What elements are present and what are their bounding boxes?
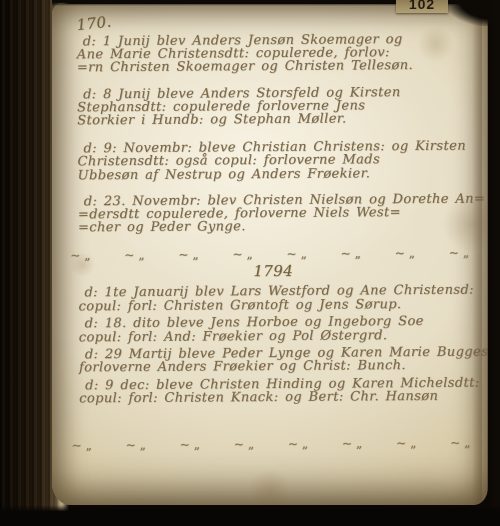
register-entry: d: 9: Novembr: bleve Christian Christens… [67,140,477,182]
photo-border-right [487,0,500,526]
register-line: =rn Christen Skoemager og Christen Telle… [77,59,477,75]
folio-number: 170. [76,12,113,34]
register-line: copul: forl: And: Frøekier og Pol Østerg… [79,328,479,344]
register-entry: d: 23. Novembr: blev Christen Nielsøn og… [68,192,478,234]
register-entry: d: 1te Januarij blev Lars Westford og An… [68,284,478,314]
register-line: copul: forl: Christen Knack: og Bert: Ch… [79,390,479,406]
scanned-photo: 170. d: 1 Junij blev Anders Jensøn Skoem… [0,0,500,526]
register-entry: d: 18. dito bleve Jens Horboe og Ingebor… [69,315,479,345]
register-line: =cher og Peder Gynge. [78,219,478,235]
register-entry: d: 29 Martij bleve Peder Lynge og Karen … [69,346,479,376]
page-number-tab: 102 [396,0,448,13]
entries-1794: d: 1te Januarij blev Lars Westford og An… [68,284,479,406]
manuscript-text: 170. d: 1 Junij blev Anders Jensøn Skoem… [66,9,479,456]
register-entry: d: 8 Junij bleve Anders Storsfeld og Kir… [67,85,477,127]
register-line: forloverne Anders Frøekier og Christ: Bu… [79,359,479,375]
register-line: copul: forl: Christen Grøntoft og Jens S… [78,297,478,313]
register-page: 170. d: 1 Junij blev Anders Jensøn Skoem… [52,4,488,505]
register-entry: d: 1 Junij blev Anders Jensøn Skoemager … [67,33,477,75]
register-entry: d: 9 dec: bleve Christen Hinding og Kare… [69,376,479,406]
register-line: Storkier i Hundb: og Stephan Møller. [77,112,477,128]
register-line: Ubbesøn af Nestrup og Anders Frøekier. [78,166,478,182]
page-number: 102 [409,0,435,13]
photo-border-bottom [0,505,500,526]
ditto-separator-top: ~„ ~„ ~„ ~„ ~„ ~„ ~„ ~„ [70,246,478,263]
year-heading: 1794 [68,263,478,281]
entries-1793: d: 1 Junij blev Anders Jensøn Skoemager … [67,33,478,235]
ditto-separator-bottom: ~„ ~„ ~„ ~„ ~„ ~„ ~„ ~„ [71,435,479,452]
